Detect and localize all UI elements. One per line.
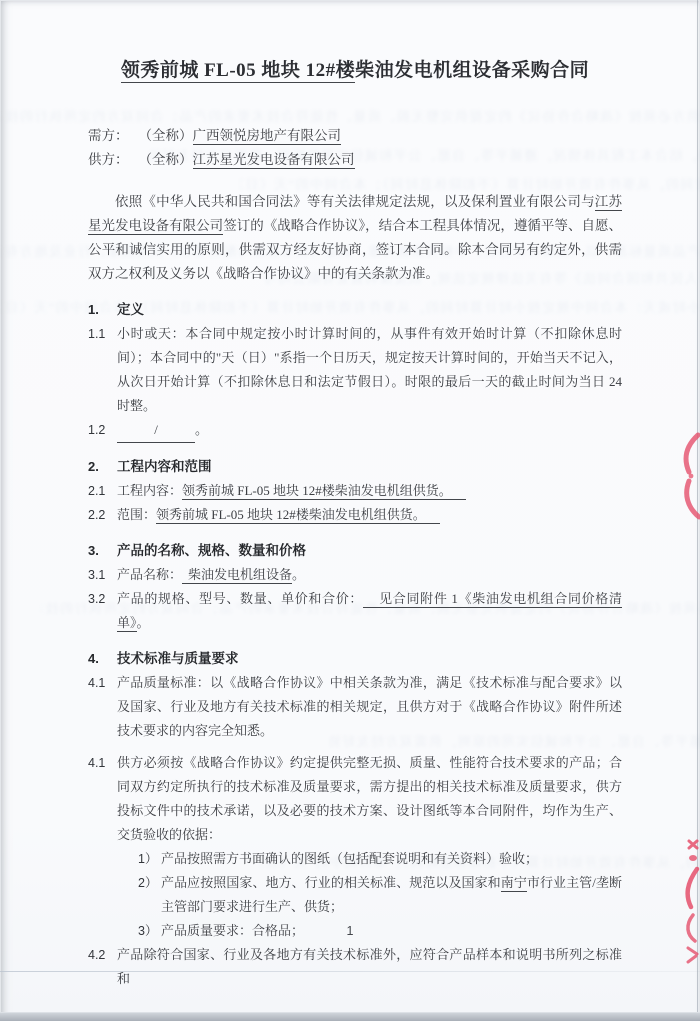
section-4-title: 技术标准与质量要求	[117, 647, 239, 671]
clause-1-1-text: 小时或天：本合同中规定按小时计算时间的，从事件有效开始时计算（不扣除休息时间）；…	[117, 322, 622, 418]
clause-1-2: 1.2 /。	[88, 418, 622, 443]
preamble-lead: 依照《中华人民共和国合同法》等有关法律规定法规，以及保利置业有限公司与	[115, 194, 595, 209]
clause-1-1: 1.1 小时或天：本合同中规定按小时计算时间的，从事件有效开始时计算（不扣除休息…	[88, 322, 622, 418]
party-supply-name: 江苏星光发电设备有限公司	[193, 152, 355, 169]
section-2-number: 2.	[88, 455, 117, 479]
list-item-2-number: 2）	[138, 871, 161, 919]
party-supply-role: 供方：	[88, 152, 129, 167]
party-supply-prefix: （全称）	[139, 152, 193, 167]
clause-4-2: 4.2 产品除符合国家、行业及各地方有关技术标准外，应符合产品样本和说明书所列之…	[88, 943, 622, 991]
preamble-paragraph: 依照《中华人民共和国合同法》等有关法律规定法规，以及保利置业有限公司与江苏星光发…	[88, 190, 622, 286]
red-scribble-marks-icon	[676, 835, 700, 965]
clause-3-2-label: 产品的规格、型号、数量、单价和合价：	[117, 591, 363, 606]
clause-4-1a: 4.1 产品质量标准：以《战略合作协议》中相关条款为准，满足《技术标准与配合要求…	[88, 671, 622, 743]
party-demand-role: 需方：	[88, 128, 129, 143]
clause-3-1-value-underlined: 柴油发电机组设备	[182, 567, 292, 584]
section-1-heading: 1. 定义	[88, 298, 622, 322]
clause-2-2: 2.2 范围：领秀前城 FL-05 地块 12#楼柴油发电机组供货。	[88, 503, 622, 527]
clause-2-1-label: 工程内容：	[117, 483, 182, 498]
list-item-1-text: 产品按照需方书面确认的图纸（包括配套说明和有关资料）验收；	[161, 847, 622, 871]
clause-3-1-number: 3.1	[88, 563, 117, 587]
party-supply-row: 供方：（全称）江苏星光发电设备有限公司	[88, 148, 622, 172]
title-subject: 柴油发电机组设备采购合同	[355, 60, 589, 81]
scan-bottom-edge	[0, 1012, 700, 1021]
red-seal-fragment-icon	[678, 432, 700, 520]
party-demand-name: 广西领悦房地产有限公司	[193, 128, 342, 145]
section-3-heading: 3. 产品的名称、规格、数量和价格	[88, 539, 622, 563]
section-3-title: 产品的名称、规格、数量和价格	[117, 539, 306, 563]
clause-2-1: 2.1 工程内容：领秀前城 FL-05 地块 12#楼柴油发电机组供货。	[88, 479, 622, 503]
clause-4-2-text: 产品除符合国家、行业及各地方有关技术标准外，应符合产品样本和说明书所列之标准和	[117, 943, 622, 991]
clause-3-1-label: 产品名称：	[117, 567, 182, 582]
clause-4-1a-number: 4.1	[88, 671, 117, 743]
section-4-number: 4.	[88, 647, 117, 671]
list-item-2-lead: 产品应按照国家、地方、行业的相关标准、规范以及国家和	[161, 875, 501, 890]
clause-3-2-number: 3.2	[88, 587, 117, 635]
section-4-heading: 4. 技术标准与质量要求	[88, 647, 622, 671]
clause-1-2-blank-field: /	[117, 418, 195, 443]
section-2-heading: 2. 工程内容和范围	[88, 455, 622, 479]
clause-2-2-label: 范围：	[117, 507, 156, 522]
clause-1-2-period: 。	[195, 422, 208, 437]
title-project-name: 领秀前城 FL-05 地块 12#楼	[121, 60, 355, 83]
contract-title: 领秀前城 FL-05 地块 12#楼柴油发电机组设备采购合同	[88, 56, 622, 86]
clause-2-1-number: 2.1	[88, 479, 117, 503]
clause-2-2-number: 2.2	[88, 503, 117, 527]
party-demand-prefix: （全称）	[139, 128, 193, 143]
section-1-number: 1.	[88, 298, 117, 322]
page-number: 1	[0, 924, 700, 938]
clause-4-1b-number: 4.1	[88, 751, 117, 943]
clause-3-2-period: 。	[137, 615, 150, 630]
clause-3-2: 3.2 产品的规格、型号、数量、单价和合价：见合同附件 1《柴油发电机组合同价格…	[88, 587, 622, 635]
list-item-2: 2） 产品应按照国家、地方、行业的相关标准、规范以及国家和南宁市行业主管/垄断主…	[138, 871, 622, 919]
clause-3-1: 3.1 产品名称：柴油发电机组设备。	[88, 563, 622, 587]
section-3-number: 3.	[88, 539, 117, 563]
clause-4-1b: 4.1 供方必须按《战略合作协议》约定提供完整无损、质量、性能符合技术要求的产品…	[88, 751, 622, 943]
list-item-2-city-underlined: 南宁	[501, 875, 527, 892]
clause-2-1-value-underlined: 领秀前城 FL-05 地块 12#楼柴油发电机组供货。	[182, 483, 466, 500]
clause-4-2-number: 4.2	[88, 943, 117, 991]
party-demand-row: 需方：（全称）广西领悦房地产有限公司	[88, 124, 622, 148]
clause-1-1-number: 1.1	[88, 322, 117, 418]
clause-2-2-value-underlined: 领秀前城 FL-05 地块 12#楼柴油发电机组供货。	[156, 507, 440, 524]
clause-1-2-number: 1.2	[88, 418, 117, 443]
scanned-contract-page: 供方必须按《战略合作协议》约定提供完整无损、质量、性能符合技术要求的产品；合同双…	[0, 0, 700, 1021]
clause-3-1-period: 。	[292, 567, 305, 582]
clause-4-1b-text: 供方必须按《战略合作协议》约定提供完整无损、质量、性能符合技术要求的产品；合同双…	[117, 751, 622, 847]
list-item-1-number: 1）	[138, 847, 161, 871]
contract-body: 领秀前城 FL-05 地块 12#楼柴油发电机组设备采购合同 需方：（全称）广西…	[88, 0, 622, 991]
clause-4-1a-text: 产品质量标准：以《战略合作协议》中相关条款为准，满足《技术标准与配合要求》以及国…	[117, 671, 622, 743]
section-1-title: 定义	[117, 298, 144, 322]
section-2-title: 工程内容和范围	[117, 455, 212, 479]
list-item-1: 1） 产品按照需方书面确认的图纸（包括配套说明和有关资料）验收；	[138, 847, 622, 871]
